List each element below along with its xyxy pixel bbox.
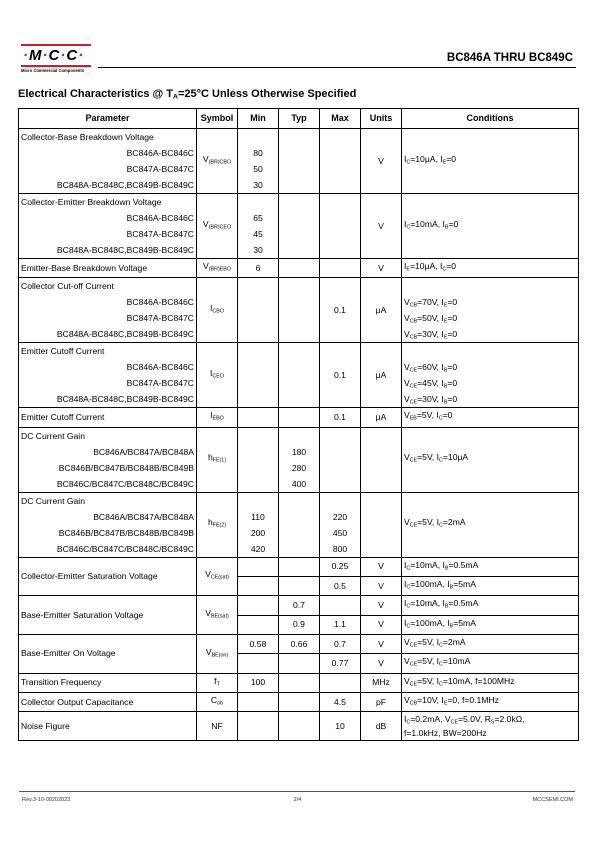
parameter-cell: Collector-Base Breakdown VoltageBC846A-B… xyxy=(19,129,197,194)
column-header-parameter: Parameter xyxy=(19,109,197,129)
units-cell: μA xyxy=(361,343,402,408)
symbol-cell: fT xyxy=(197,673,238,692)
table-row: Base-Emitter On VoltageVBE(on)0.580.660.… xyxy=(19,634,579,653)
min-cell xyxy=(238,654,279,673)
symbol-cell: VCE(sat) xyxy=(197,557,238,596)
max-cell xyxy=(320,259,361,278)
column-header-units: Units xyxy=(361,109,402,129)
typ-cell xyxy=(279,492,320,557)
symbol-cell: Cob xyxy=(197,692,238,711)
symbol-cell: VBE(sat) xyxy=(197,596,238,635)
units-cell xyxy=(361,492,402,557)
parameter-cell: Collector Cut-off CurrentBC846A-BC846CBC… xyxy=(19,278,197,343)
column-header-max: Max xyxy=(320,109,361,129)
units-cell: V xyxy=(361,596,402,615)
column-header-conditions: Conditions xyxy=(402,109,579,129)
max-cell: 4.5 xyxy=(320,692,361,711)
table-row: DC Current GainBC846A/BC847A/BC848ABC846… xyxy=(19,492,579,557)
units-cell: V xyxy=(361,654,402,673)
conditions-cell: VCE=5V, IC=10mA xyxy=(402,654,579,673)
title-text-end: =25°C Unless Otherwise Specified xyxy=(178,88,356,100)
max-cell xyxy=(320,129,361,194)
footer-divider xyxy=(19,791,575,792)
electrical-characteristics-table: ParameterSymbolMinTypMaxUnitsConditions … xyxy=(18,108,579,741)
part-range-title: BC846A THRU BC849C xyxy=(447,52,573,64)
conditions-cell: IC=10mA, IB=0.5mA xyxy=(402,557,579,576)
parameter-cell: DC Current GainBC846A/BC847A/BC848ABC846… xyxy=(19,492,197,557)
table-row: DC Current GainBC846A/BC847A/BC848ABC846… xyxy=(19,427,579,492)
parameter-cell: DC Current GainBC846A/BC847A/BC848ABC846… xyxy=(19,427,197,492)
typ-cell xyxy=(279,259,320,278)
table-row: Transition FrequencyfT100MHzVCE=5V, IC=1… xyxy=(19,673,579,692)
max-cell xyxy=(320,427,361,492)
logo-bottom-bar xyxy=(21,65,91,67)
table-row: Collector-Emitter Saturation VoltageVCE(… xyxy=(19,557,579,576)
conditions-cell: IE=10μA, IC=0 xyxy=(402,259,579,278)
footer-website: MCCSEMI.COM xyxy=(533,797,573,803)
min-cell: 100 xyxy=(238,673,279,692)
typ-cell xyxy=(279,692,320,711)
conditions-cell: VEB=5V, IC=0 xyxy=(402,408,579,427)
units-cell: V xyxy=(361,557,402,576)
min-cell xyxy=(238,408,279,427)
typ-cell xyxy=(279,654,320,673)
table-row: Collector-Base Breakdown VoltageBC846A-B… xyxy=(19,129,579,194)
units-cell xyxy=(361,427,402,492)
table-body: Collector-Base Breakdown VoltageBC846A-B… xyxy=(19,129,579,741)
max-cell: 0.7 xyxy=(320,634,361,653)
table-row: Collector Cut-off CurrentBC846A-BC846CBC… xyxy=(19,278,579,343)
symbol-cell: hFE(2) xyxy=(197,492,238,557)
max-cell: 220450800 xyxy=(320,492,361,557)
min-cell xyxy=(238,576,279,595)
typ-cell xyxy=(279,343,320,408)
table-row: Base-Emitter Saturation VoltageVBE(sat)0… xyxy=(19,596,579,615)
max-cell: 0.77 xyxy=(320,654,361,673)
logo-mark: ·M·C·C· xyxy=(23,47,84,64)
min-cell xyxy=(238,278,279,343)
typ-cell xyxy=(279,194,320,259)
symbol-cell: V(BR)CEO xyxy=(197,194,238,259)
conditions-cell: VCE=60V, IB=0VCE=45V, IB=0VCE=30V, IB=0 xyxy=(402,343,579,408)
conditions-cell: IC=10mA, IB=0 xyxy=(402,194,579,259)
table-row: Collector Output CapacitanceCob4.5pFVCB=… xyxy=(19,692,579,711)
symbol-cell: ICBO xyxy=(197,278,238,343)
mcc-logo: ·M·C·C· Micro Commercial Components xyxy=(21,44,93,72)
units-cell: μA xyxy=(361,278,402,343)
column-header-typ: Typ xyxy=(279,109,320,129)
conditions-cell: IC=100mA, IB=5mA xyxy=(402,615,579,634)
min-cell xyxy=(238,427,279,492)
typ-cell xyxy=(279,129,320,194)
parameter-cell: Collector Output Capacitance xyxy=(19,692,197,711)
logo-subtitle: Micro Commercial Components xyxy=(21,68,84,73)
footer-page-number: 2/4 xyxy=(0,797,595,803)
max-cell: 0.1 xyxy=(320,343,361,408)
units-cell: V xyxy=(361,194,402,259)
table-row: Emitter Cutoff CurrentBC846A-BC846CBC847… xyxy=(19,343,579,408)
typ-cell: 0.9 xyxy=(279,615,320,634)
conditions-cell: IC=0.2mA, VCE=5.0V, RS=2.0kΩ,f=1.0kHz, B… xyxy=(402,712,579,741)
max-cell xyxy=(320,194,361,259)
min-cell xyxy=(238,712,279,741)
conditions-cell: IC=10mA, IB=0.5mA xyxy=(402,596,579,615)
min-cell: 654530 xyxy=(238,194,279,259)
units-cell: V xyxy=(361,634,402,653)
parameter-cell: Collector-Emitter Saturation Voltage xyxy=(19,557,197,596)
table-row: Noise FigureNF10dBIC=0.2mA, VCE=5.0V, RS… xyxy=(19,712,579,741)
typ-cell xyxy=(279,576,320,595)
symbol-cell: V(BR)EBO xyxy=(197,259,238,278)
symbol-cell: NF xyxy=(197,712,238,741)
conditions-cell: IC=100mA, IB=5mA xyxy=(402,576,579,595)
typ-cell: 0.66 xyxy=(279,634,320,653)
min-cell: 0.58 xyxy=(238,634,279,653)
min-cell xyxy=(238,692,279,711)
conditions-cell: VCE=5V, IC=10mA, f=100MHz xyxy=(402,673,579,692)
symbol-cell: ICEO xyxy=(197,343,238,408)
section-title: Electrical Characteristics @ TA=25°C Unl… xyxy=(18,88,356,101)
typ-cell xyxy=(279,278,320,343)
logo-top-bar xyxy=(21,44,91,46)
parameter-cell: Collector-Emitter Breakdown VoltageBC846… xyxy=(19,194,197,259)
min-cell: 805030 xyxy=(238,129,279,194)
units-cell: μA xyxy=(361,408,402,427)
min-cell xyxy=(238,557,279,576)
parameter-cell: Emitter Cutoff Current xyxy=(19,408,197,427)
title-text: Electrical Characteristics @ T xyxy=(18,88,173,100)
min-cell xyxy=(238,343,279,408)
typ-cell: 180280400 xyxy=(279,427,320,492)
units-cell: V xyxy=(361,615,402,634)
typ-cell xyxy=(279,557,320,576)
parameter-cell: Noise Figure xyxy=(19,712,197,741)
table-header-row: ParameterSymbolMinTypMaxUnitsConditions xyxy=(19,109,579,129)
symbol-cell: hFE(1) xyxy=(197,427,238,492)
units-cell: V xyxy=(361,129,402,194)
table-row: Collector-Emitter Breakdown VoltageBC846… xyxy=(19,194,579,259)
symbol-cell: IEBO xyxy=(197,408,238,427)
typ-cell xyxy=(279,712,320,741)
conditions-cell: VCE=5V, IC=2mA xyxy=(402,492,579,557)
max-cell xyxy=(320,596,361,615)
max-cell xyxy=(320,673,361,692)
max-cell: 0.25 xyxy=(320,557,361,576)
units-cell: pF xyxy=(361,692,402,711)
table-row: Emitter-Base Breakdown VoltageV(BR)EBO6V… xyxy=(19,259,579,278)
typ-cell xyxy=(279,673,320,692)
units-cell: V xyxy=(361,576,402,595)
max-cell: 1.1 xyxy=(320,615,361,634)
units-cell: MHz xyxy=(361,673,402,692)
header-divider xyxy=(98,67,576,68)
column-header-symbol: Symbol xyxy=(197,109,238,129)
max-cell: 10 xyxy=(320,712,361,741)
max-cell: 0.1 xyxy=(320,278,361,343)
parameter-cell: Emitter-Base Breakdown Voltage xyxy=(19,259,197,278)
min-cell: 110200420 xyxy=(238,492,279,557)
symbol-cell: V(BR)CBO xyxy=(197,129,238,194)
parameter-cell: Emitter Cutoff CurrentBC846A-BC846CBC847… xyxy=(19,343,197,408)
column-header-min: Min xyxy=(238,109,279,129)
symbol-cell: VBE(on) xyxy=(197,634,238,673)
units-cell: dB xyxy=(361,712,402,741)
conditions-cell: VCE=5V, IC=2mA xyxy=(402,634,579,653)
min-cell xyxy=(238,615,279,634)
conditions-cell: VCE=5V, IC=10μA xyxy=(402,427,579,492)
max-cell: 0.5 xyxy=(320,576,361,595)
min-cell xyxy=(238,596,279,615)
table-row: Emitter Cutoff CurrentIEBO0.1μAVEB=5V, I… xyxy=(19,408,579,427)
parameter-cell: Transition Frequency xyxy=(19,673,197,692)
conditions-cell: VCB=70V, IE=0VCB=50V, IE=0VCB=30V, IE=0 xyxy=(402,278,579,343)
min-cell: 6 xyxy=(238,259,279,278)
max-cell: 0.1 xyxy=(320,408,361,427)
conditions-cell: VCB=10V, IE=0, f=0.1MHz xyxy=(402,692,579,711)
typ-cell: 0.7 xyxy=(279,596,320,615)
conditions-cell: IC=10μA, IE=0 xyxy=(402,129,579,194)
typ-cell xyxy=(279,408,320,427)
units-cell: V xyxy=(361,259,402,278)
parameter-cell: Base-Emitter On Voltage xyxy=(19,634,197,673)
parameter-cell: Base-Emitter Saturation Voltage xyxy=(19,596,197,635)
